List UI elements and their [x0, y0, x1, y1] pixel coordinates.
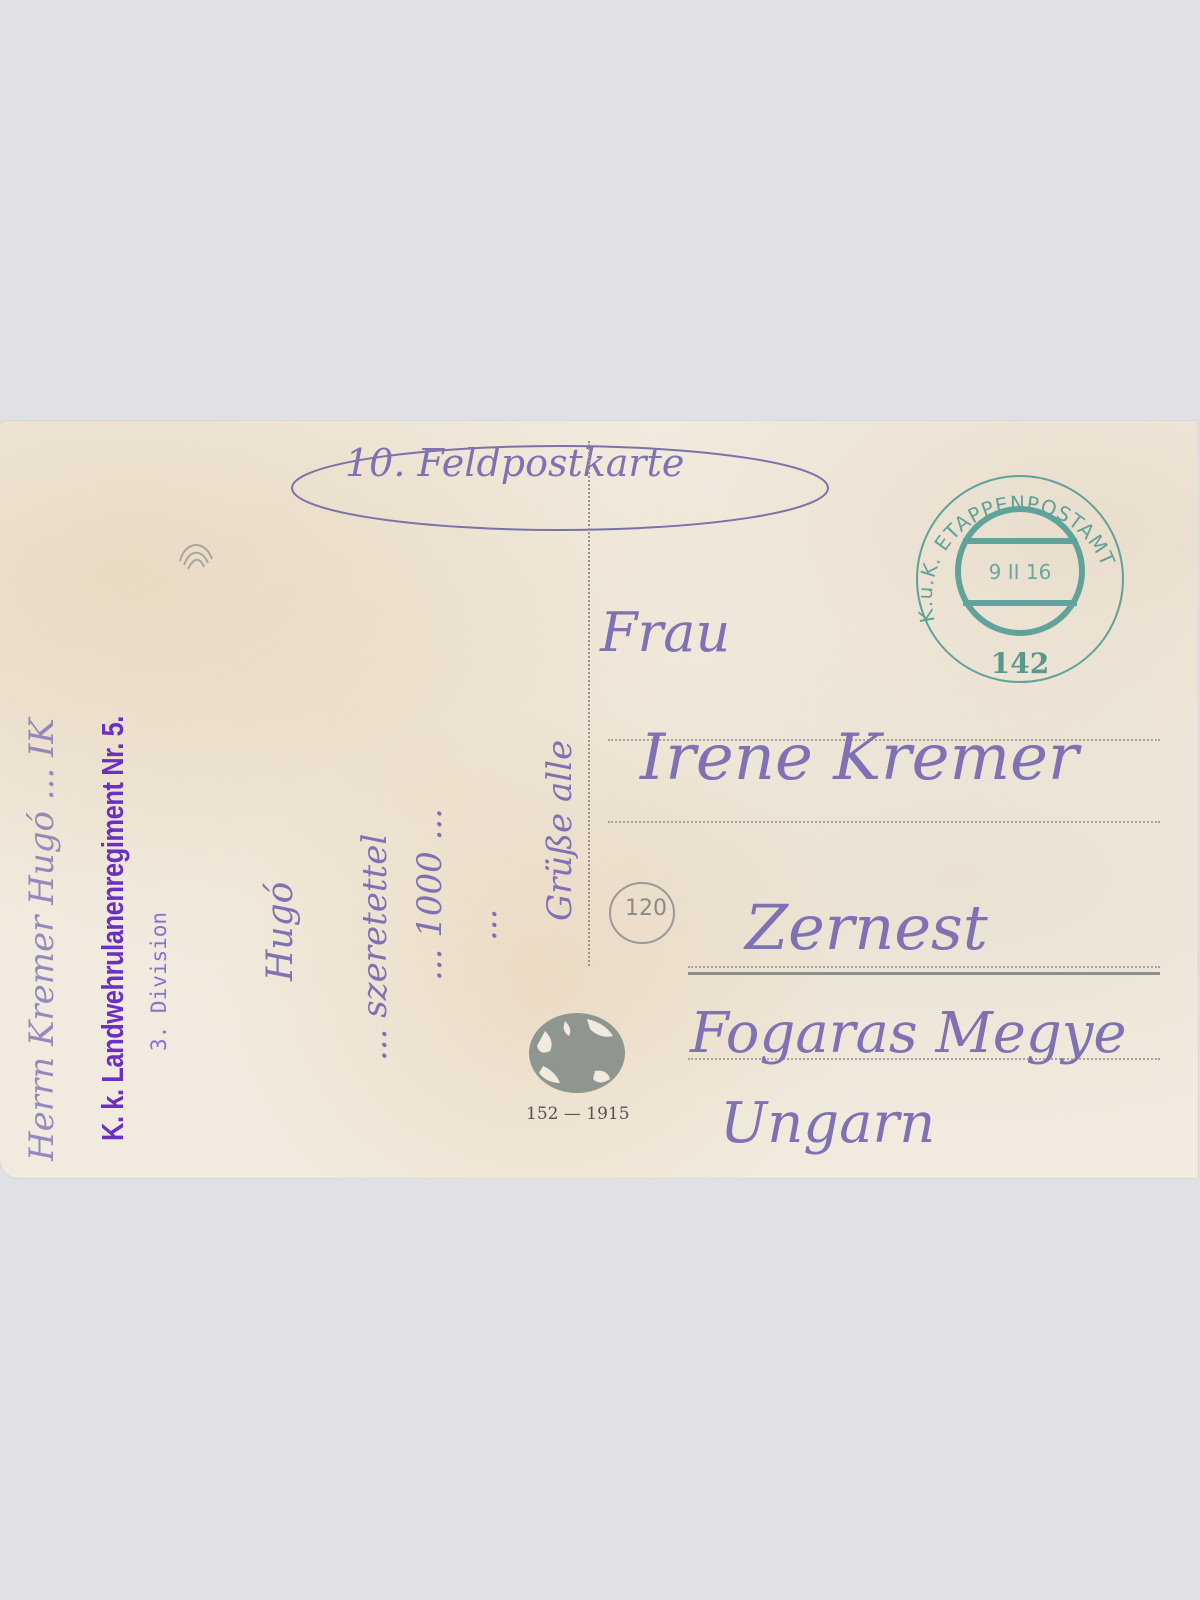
postmark-office-number: 142 — [991, 647, 1049, 680]
sender-handwriting: Herrn Kremer Hugó ... IK — [22, 718, 62, 1161]
postmark-date: 9 II 16 — [989, 560, 1052, 584]
message-signature: Hugó — [260, 882, 301, 981]
recipient-town: Zernest — [745, 891, 988, 964]
field-post-header: 10. Feldpostkarte — [345, 441, 684, 485]
postcard: K. k. Landwehrulanenregiment Nr. 5. 3. D… — [0, 421, 1198, 1178]
message-line-3: ... 1000 ... — [410, 808, 450, 981]
recipient-county: Fogaras Megye — [690, 1001, 1127, 1066]
message-line-4: ... szeretettel — [355, 834, 395, 1061]
publisher-number: 152 — 1915 — [526, 1104, 630, 1124]
address-line-2 — [608, 821, 1160, 823]
recipient-name: Irene Kremer — [640, 721, 1079, 795]
regiment-stamp: K. k. Landwehrulanenregiment Nr. 5. — [95, 716, 131, 1141]
address-line-3 — [688, 972, 1160, 975]
pencil-note: 120 — [625, 896, 667, 921]
publisher-emblem-icon — [525, 1011, 630, 1096]
recipient-country: Ungarn — [720, 1091, 935, 1156]
message-line-1: Grüße alle — [540, 740, 580, 921]
postmark-icon: K.u.K. ETAPPENPOSTAMT 9 II 16 142 — [905, 471, 1135, 686]
message-line-2: ... — [465, 909, 505, 941]
recipient-salutation: Frau — [600, 601, 730, 664]
faint-stamp-mark — [170, 531, 220, 581]
center-divider — [588, 441, 590, 966]
division-stamp: 3. Division — [147, 912, 171, 1051]
address-line-3-dotted — [688, 966, 1160, 968]
